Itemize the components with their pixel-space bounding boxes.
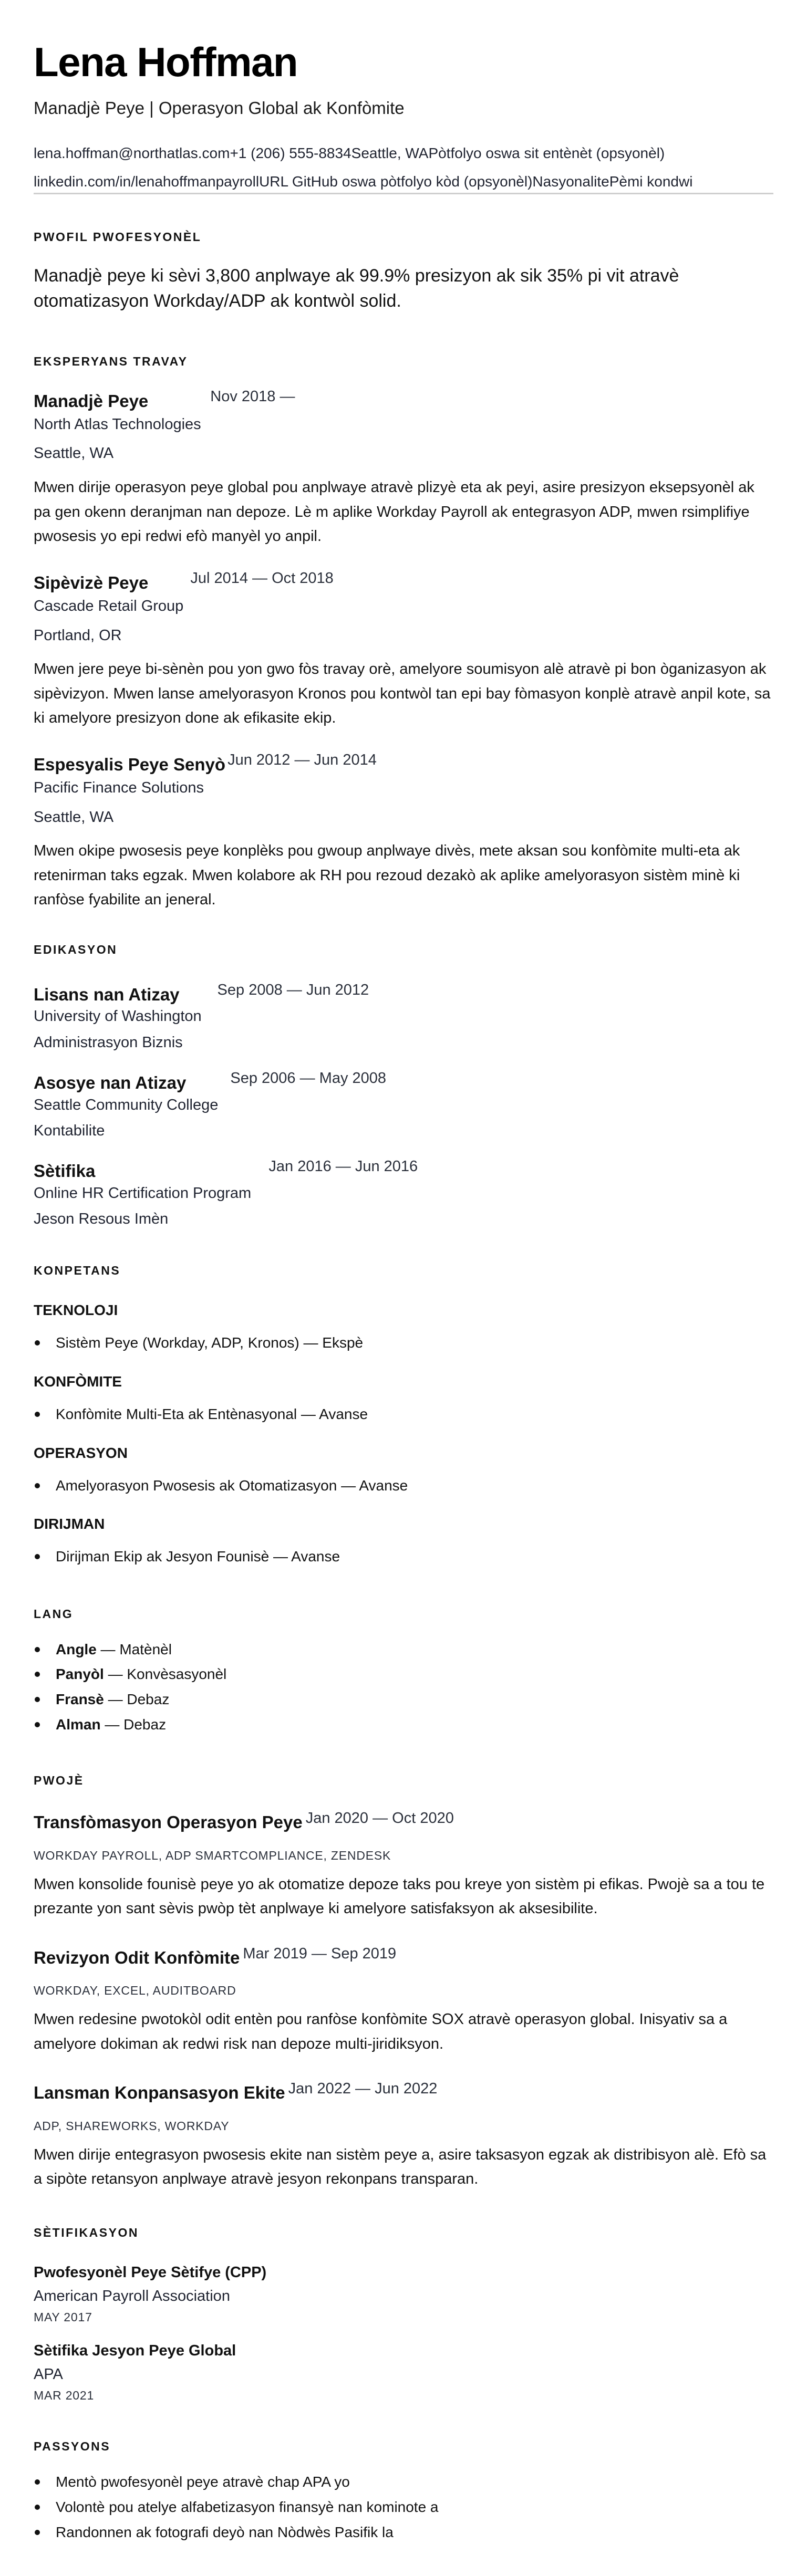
job-title: Sipèvizè Peye: [34, 572, 148, 593]
degree-title: Sètifika: [34, 1161, 95, 1182]
job-location: Seattle, WA: [34, 808, 773, 828]
phone-link[interactable]: +1 (206) 555-8834: [230, 145, 351, 161]
education-item: Sètifika Jan 2016 — Jun 2016 Online HR C…: [34, 1161, 773, 1228]
section-title: PWOJÈ: [34, 1774, 773, 1788]
school-name: Online HR Certification Program: [34, 1184, 773, 1204]
language-level: — Matènèl: [97, 1641, 172, 1657]
skill-category: OPERASYON: [34, 1445, 773, 1462]
section-title: KONPETANS: [34, 1264, 773, 1278]
project-name: Revizyon Odit Konfòmite: [34, 1947, 240, 1968]
certifications-section: SÈTIFIKASYON Pwofesyonèl Peye Sètifye (C…: [34, 2226, 773, 2403]
linkedin-link[interactable]: linkedin.com/in/lenahoffmanpayroll: [34, 173, 259, 190]
language-item: Panyòl — Konvèsasyonèl: [34, 1662, 773, 1687]
certification-issuer: APA: [34, 2366, 773, 2383]
skill-item: Amelyorasyon Pwosesis ak Otomatizasyon —…: [34, 1473, 773, 1498]
project-dates: Mar 2019 — Sep 2019: [243, 1945, 396, 1963]
project-name: Lansman Konpansasyon Ekite: [34, 2082, 285, 2103]
field-of-study: Kontabilite: [34, 1122, 773, 1140]
project-dates: Jan 2020 — Oct 2020: [306, 1810, 454, 1827]
section-title: EDIKASYON: [34, 943, 773, 957]
skill-item: Dirijman Ekip ak Jesyon Founisè — Avanse: [34, 1544, 773, 1569]
job-dates: Jun 2012 — Jun 2014: [227, 752, 377, 769]
certification-date: MAY 2017: [34, 2310, 773, 2324]
language-level: — Debaz: [101, 1716, 167, 1733]
job-dates: Jul 2014 — Oct 2018: [190, 570, 333, 587]
field-of-study: Jeson Resous Imèn: [34, 1211, 773, 1228]
certification-item: Sètifika Jesyon Peye Global APA MAR 2021: [34, 2342, 773, 2403]
skill-group: KONFÒMITE Konfòmite Multi-Eta ak Entènas…: [34, 1373, 773, 1427]
education-item: Asosye nan Atizay Sep 2006 — May 2008 Se…: [34, 1072, 773, 1140]
project-description: Mwen dirije entegrasyon pwosesis ekite n…: [34, 2143, 773, 2192]
github-link[interactable]: URL GitHub oswa pòtfolyo kòd (opsyonèl): [259, 173, 532, 190]
school-name: Seattle Community College: [34, 1096, 773, 1115]
certification-name: Sètifika Jesyon Peye Global: [34, 2342, 773, 2360]
education-section: EDIKASYON Lisans nan Atizay Sep 2008 — J…: [34, 943, 773, 1228]
education-dates: Sep 2008 — Jun 2012: [218, 982, 369, 999]
section-title: PASSYONS: [34, 2439, 773, 2454]
certification-issuer: American Payroll Association: [34, 2288, 773, 2305]
nationality-text: Nasyonalite: [532, 173, 609, 190]
project-tech-stack: WORKDAY, EXCEL, AUDITBOARD: [34, 1984, 773, 1998]
company-name: North Atlas Technologies: [34, 415, 773, 435]
interest-item: Randonnen ak fotografi deyò nan Nòdwès P…: [34, 2520, 773, 2545]
drivers-license-text: Pèmi kondwi: [609, 173, 693, 190]
skill-item: Konfòmite Multi-Eta ak Entènasyonal — Av…: [34, 1402, 773, 1427]
contact-row-primary: lena.hoffman@northatlas.com+1 (206) 555-…: [34, 144, 773, 162]
candidate-name: Lena Hoffman: [34, 41, 773, 84]
experience-item: Espesyalis Peye Senyò Jun 2012 — Jun 201…: [34, 754, 773, 912]
company-name: Pacific Finance Solutions: [34, 778, 773, 798]
language-name: Fransè: [56, 1691, 104, 1707]
job-dates: Nov 2018 —: [210, 389, 295, 405]
language-level: — Debaz: [104, 1691, 170, 1707]
education-dates: Sep 2006 — May 2008: [230, 1070, 386, 1087]
education-item: Lisans nan Atizay Sep 2008 — Jun 2012 Un…: [34, 984, 773, 1051]
field-of-study: Administrasyon Biznis: [34, 1034, 773, 1051]
contact-row-secondary: linkedin.com/in/lenahoffmanpayrollURL Gi…: [34, 173, 773, 191]
certification-item: Pwofesyonèl Peye Sètifye (CPP) American …: [34, 2264, 773, 2324]
skill-item: Sistèm Peye (Workday, ADP, Kronos) — Eks…: [34, 1330, 773, 1355]
school-name: University of Washington: [34, 1007, 773, 1027]
language-item: Angle — Matènèl: [34, 1637, 773, 1662]
job-description: Mwen jere peye bi-sènèn pou yon gwo fòs …: [34, 657, 773, 730]
interest-item: Mentò pwofesyonèl peye atravè chap APA y…: [34, 2469, 773, 2495]
portfolio-link[interactable]: Pòtfolyo oswa sit entènèt (opsyonèl): [428, 145, 665, 161]
skill-group: TEKNOLOJI Sistèm Peye (Workday, ADP, Kro…: [34, 1302, 773, 1355]
certification-name: Pwofesyonèl Peye Sètifye (CPP): [34, 2264, 773, 2281]
job-location: Seattle, WA: [34, 444, 773, 464]
resume-page: Lena Hoffman Manadjè Peye | Operasyon Gl…: [0, 0, 807, 2576]
email-link[interactable]: lena.hoffman@northatlas.com: [34, 145, 230, 161]
language-item: Fransè — Debaz: [34, 1687, 773, 1712]
language-name: Angle: [56, 1641, 97, 1657]
project-description: Mwen konsolide founisè peye yo ak otomat…: [34, 1872, 773, 1921]
education-dates: Jan 2016 — Jun 2016: [268, 1159, 418, 1175]
project-description: Mwen redesine pwotokòl odit entèn pou ra…: [34, 2007, 773, 2056]
skill-category: DIRIJMAN: [34, 1516, 773, 1532]
languages-section: LANG Angle — Matènèl Panyòl — Konvèsasyo…: [34, 1607, 773, 1737]
project-dates: Jan 2022 — Jun 2022: [288, 2080, 438, 2098]
skill-category: TEKNOLOJI: [34, 1302, 773, 1319]
degree-title: Asosye nan Atizay: [34, 1072, 186, 1093]
skill-group: DIRIJMAN Dirijman Ekip ak Jesyon Founisè…: [34, 1516, 773, 1569]
project-tech-stack: WORKDAY PAYROLL, ADP SMARTCOMPLIANCE, ZE…: [34, 1849, 773, 1863]
experience-item: Manadjè Peye Nov 2018 — North Atlas Tech…: [34, 391, 773, 548]
project-item: Revizyon Odit Konfòmite Mar 2019 — Sep 2…: [34, 1947, 773, 2056]
section-title: EKSPERYANS TRAVAY: [34, 354, 773, 369]
interest-item: Volontè pou atelye alfabetizasyon finans…: [34, 2495, 773, 2520]
job-title: Espesyalis Peye Senyò: [34, 754, 225, 775]
projects-section: PWOJÈ Transfòmasyon Operasyon Peye Jan 2…: [34, 1774, 773, 2191]
section-title: PWOFIL PWOFESYONÈL: [34, 230, 773, 244]
project-name: Transfòmasyon Operasyon Peye: [34, 1812, 303, 1833]
certification-date: MAR 2021: [34, 2389, 773, 2403]
language-name: Alman: [56, 1716, 101, 1733]
experience-item: Sipèvizè Peye Jul 2014 — Oct 2018 Cascad…: [34, 572, 773, 730]
interests-section: PASSYONS Mentò pwofesyonèl peye atravè c…: [34, 2439, 773, 2544]
company-name: Cascade Retail Group: [34, 597, 773, 617]
job-description: Mwen dirije operasyon peye global pou an…: [34, 475, 773, 548]
profile-section: PWOFIL PWOFESYONÈL Manadjè peye ki sèvi …: [34, 230, 773, 314]
degree-title: Lisans nan Atizay: [34, 984, 180, 1005]
language-name: Panyòl: [56, 1666, 104, 1682]
project-tech-stack: ADP, SHAREWORKS, WORKDAY: [34, 2119, 773, 2133]
header-divider: [34, 193, 773, 194]
section-title: LANG: [34, 1607, 773, 1621]
project-item: Transfòmasyon Operasyon Peye Jan 2020 — …: [34, 1812, 773, 1921]
project-item: Lansman Konpansasyon Ekite Jan 2022 — Ju…: [34, 2082, 773, 2191]
language-item: Alman — Debaz: [34, 1712, 773, 1737]
skill-category: KONFÒMITE: [34, 1373, 773, 1390]
resume-header: Lena Hoffman Manadjè Peye | Operasyon Gl…: [34, 41, 773, 194]
experience-section: EKSPERYANS TRAVAY Manadjè Peye Nov 2018 …: [34, 354, 773, 912]
language-level: — Konvèsasyonèl: [104, 1666, 226, 1682]
job-description: Mwen okipe pwosesis peye konplèks pou gw…: [34, 839, 773, 912]
job-location: Portland, OR: [34, 626, 773, 646]
skill-group: OPERASYON Amelyorasyon Pwosesis ak Otoma…: [34, 1445, 773, 1498]
section-title: SÈTIFIKASYON: [34, 2226, 773, 2240]
profile-summary: Manadjè peye ki sèvi 3,800 anplwaye ak 9…: [34, 263, 769, 314]
headline: Manadjè Peye | Operasyon Global ak Konfò…: [34, 98, 773, 119]
job-title: Manadjè Peye: [34, 391, 148, 412]
location-text: Seattle, WA: [351, 145, 429, 161]
skills-section: KONPETANS TEKNOLOJI Sistèm Peye (Workday…: [34, 1264, 773, 1569]
